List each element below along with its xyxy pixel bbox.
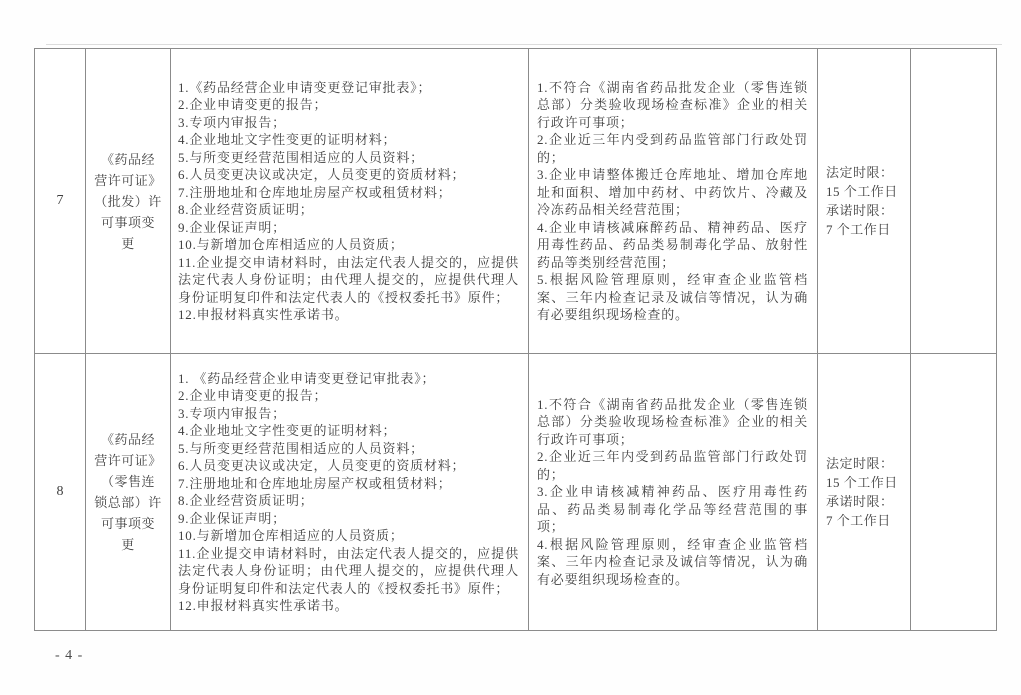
row-index-cell: 8 — [35, 354, 86, 630]
text-line: 营许可证》 — [86, 450, 170, 471]
text-line: 更 — [86, 534, 170, 555]
inspection-conditions-cell: 1.不符合《湖南省药品批发企业（零售连锁总部）分类验收现场检查标准》企业的相关行… — [529, 49, 818, 353]
license-name: 《药品经营许可证》（零售连锁总部）许可事项变更 — [86, 429, 170, 555]
text-line: 5.与所变更经营范围相适应的人员资料； — [178, 440, 519, 458]
text-line: 1.《药品经营企业申请变更登记审批表》； — [178, 79, 519, 97]
row-index-cell: 7 — [35, 49, 86, 353]
inspection-conditions-cell: 1.不符合《湖南省药品批发企业（零售连锁总部）分类验收现场检查标准》企业的相关行… — [529, 354, 818, 630]
application-materials-list: 1. 《药品经营企业申请变更登记审批表》；2.企业申请变更的报告；3.专项内审报… — [178, 370, 519, 615]
text-line: 15 个工作日 — [826, 182, 898, 201]
text-line: 2.企业申请变更的报告； — [178, 96, 519, 114]
empty-cell — [911, 49, 996, 353]
text-line: （零售连 — [86, 471, 170, 492]
time-limit-cell: 法定时限：15 个工作日承诺时限：7 个工作日 — [818, 354, 911, 630]
application-materials-list: 1.《药品经营企业申请变更登记审批表》；2.企业申请变更的报告；3.专项内审报告… — [178, 79, 519, 324]
text-line: 6.人员变更决议或决定，人员变更的资质材料； — [178, 457, 519, 475]
table-body: 7 《药品经营许可证》（批发）许可事项变更 1.《药品经营企业申请变更登记审批表… — [35, 49, 996, 630]
text-line: 《药品经 — [86, 149, 170, 170]
text-line: 7.注册地址和仓库地址房屋产权或租赁材料； — [178, 184, 519, 202]
license-name: 《药品经营许可证》（批发）许可事项变更 — [86, 149, 170, 254]
text-line: 5.根据风险管理原则，经审查企业监管档案、三年内检查记录及诚信等情况，认为确有必… — [537, 271, 808, 324]
text-line: 《药品经 — [86, 429, 170, 450]
text-line: 11.企业提交申请材料时，由法定代表人提交的，应提供法定代表人身份证明；由代理人… — [178, 254, 519, 307]
text-line: 9.企业保证声明； — [178, 219, 519, 237]
application-materials-cell: 1.《药品经营企业申请变更登记审批表》；2.企业申请变更的报告；3.专项内审报告… — [171, 49, 529, 353]
text-line: 4.企业地址文字性变更的证明材料； — [178, 131, 519, 149]
empty-cell — [911, 354, 996, 630]
text-line: 12.申报材料真实性承诺书。 — [178, 306, 519, 324]
text-line: 可事项变 — [86, 212, 170, 233]
table-row: 7 《药品经营许可证》（批发）许可事项变更 1.《药品经营企业申请变更登记审批表… — [35, 49, 996, 354]
page-number: - 4 - — [55, 648, 83, 664]
text-line: 2.企业近三年内受到药品监管部门行政处罚的； — [537, 448, 808, 483]
license-name-cell: 《药品经营许可证》（批发）许可事项变更 — [86, 49, 171, 353]
application-materials-cell: 1. 《药品经营企业申请变更登记审批表》；2.企业申请变更的报告；3.专项内审报… — [171, 354, 529, 630]
text-line: 12.申报材料真实性承诺书。 — [178, 597, 519, 615]
text-line: 10.与新增加仓库相适应的人员资质； — [178, 236, 519, 254]
text-line: 5.与所变更经营范围相适应的人员资料； — [178, 149, 519, 167]
text-line: 可事项变 — [86, 513, 170, 534]
text-line: 承诺时限： — [826, 201, 898, 220]
scan-artifact-line — [46, 44, 1002, 45]
row-index: 8 — [57, 484, 64, 500]
document-page: 7 《药品经营许可证》（批发）许可事项变更 1.《药品经营企业申请变更登记审批表… — [0, 0, 1021, 695]
text-line: 3.专项内审报告； — [178, 405, 519, 423]
text-line: 3.企业申请整体搬迁仓库地址、增加仓库地址和面积、增加中药材、中药饮片、冷藏及冷… — [537, 166, 808, 219]
text-line: 7 个工作日 — [826, 511, 898, 530]
text-line: 7 个工作日 — [826, 220, 898, 239]
text-line: 2.企业近三年内受到药品监管部门行政处罚的； — [537, 131, 808, 166]
text-line: 8.企业经营资质证明； — [178, 492, 519, 510]
text-line: 9.企业保证声明； — [178, 510, 519, 528]
time-limit: 法定时限：15 个工作日承诺时限：7 个工作日 — [826, 163, 898, 239]
text-line: 1. 《药品经营企业申请变更登记审批表》； — [178, 370, 519, 388]
text-line: 3.专项内审报告； — [178, 114, 519, 132]
text-line: 4.企业地址文字性变更的证明材料； — [178, 422, 519, 440]
text-line: （批发）许 — [86, 191, 170, 212]
text-line: 4.根据风险管理原则，经审查企业监管档案、三年内检查记录及诚信等情况，认为确有必… — [537, 536, 808, 589]
license-name-cell: 《药品经营许可证》（零售连锁总部）许可事项变更 — [86, 354, 171, 630]
license-items-table: 7 《药品经营许可证》（批发）许可事项变更 1.《药品经营企业申请变更登记审批表… — [34, 48, 997, 631]
text-line: 8.企业经营资质证明； — [178, 201, 519, 219]
text-line: 法定时限： — [826, 163, 898, 182]
table-row: 8 《药品经营许可证》（零售连锁总部）许可事项变更 1. 《药品经营企业申请变更… — [35, 354, 996, 630]
text-line: 1.不符合《湖南省药品批发企业（零售连锁总部）分类验收现场检查标准》企业的相关行… — [537, 79, 808, 132]
inspection-conditions-list: 1.不符合《湖南省药品批发企业（零售连锁总部）分类验收现场检查标准》企业的相关行… — [537, 396, 808, 589]
text-line: 法定时限： — [826, 454, 898, 473]
text-line: 营许可证》 — [86, 170, 170, 191]
text-line: 3.企业申请核减精神药品、医疗用毒性药品、药品类易制毒化学品等经营范围的事项； — [537, 483, 808, 536]
time-limit: 法定时限：15 个工作日承诺时限：7 个工作日 — [826, 454, 898, 530]
text-line: 4.企业申请核减麻醉药品、精神药品、医疗用毒性药品、药品类易制毒化学品、放射性药… — [537, 219, 808, 272]
text-line: 承诺时限： — [826, 492, 898, 511]
row-index: 7 — [57, 193, 64, 209]
text-line: 1.不符合《湖南省药品批发企业（零售连锁总部）分类验收现场检查标准》企业的相关行… — [537, 396, 808, 449]
text-line: 7.注册地址和仓库地址房屋产权或租赁材料； — [178, 475, 519, 493]
time-limit-cell: 法定时限：15 个工作日承诺时限：7 个工作日 — [818, 49, 911, 353]
text-line: 更 — [86, 233, 170, 254]
inspection-conditions-list: 1.不符合《湖南省药品批发企业（零售连锁总部）分类验收现场检查标准》企业的相关行… — [537, 79, 808, 324]
text-line: 11.企业提交申请材料时，由法定代表人提交的，应提供法定代表人身份证明；由代理人… — [178, 545, 519, 598]
text-line: 2.企业申请变更的报告； — [178, 387, 519, 405]
text-line: 10.与新增加仓库相适应的人员资质； — [178, 527, 519, 545]
text-line: 锁总部）许 — [86, 492, 170, 513]
text-line: 6.人员变更决议或决定，人员变更的资质材料； — [178, 166, 519, 184]
text-line: 15 个工作日 — [826, 473, 898, 492]
